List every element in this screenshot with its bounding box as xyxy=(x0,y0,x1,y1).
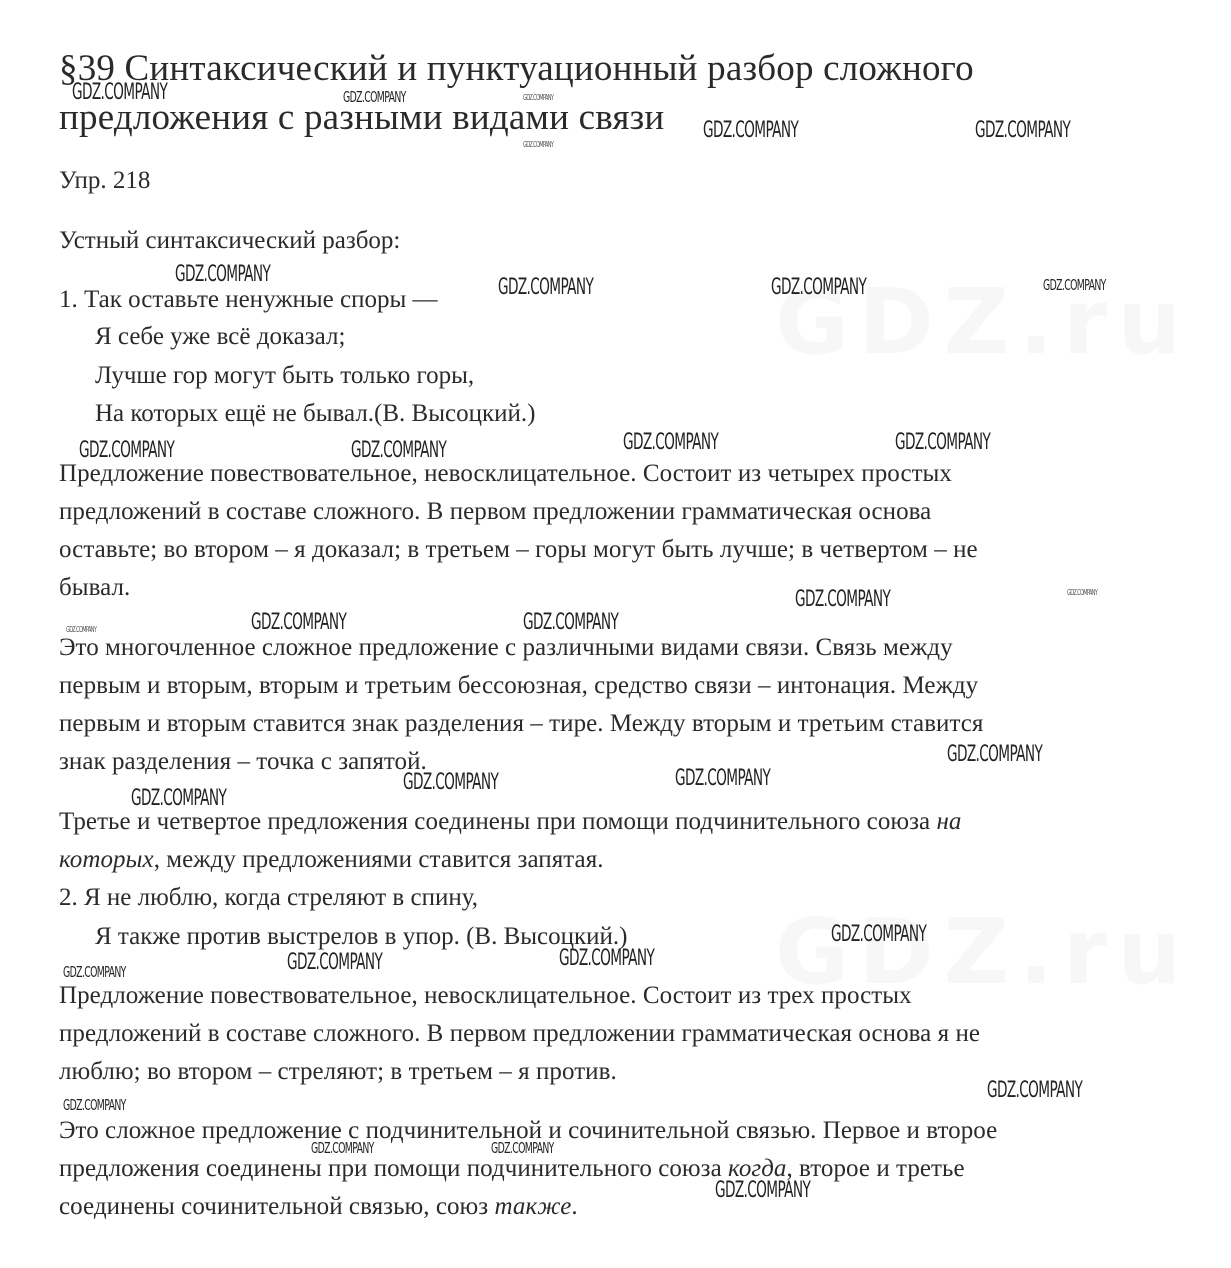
paragraph-line: бывал. xyxy=(59,573,130,603)
poem-line: На которых ещё не бывал.(В. Высоцкий.) xyxy=(95,399,535,429)
watermark-text: GDZ.COMPANY xyxy=(675,766,770,791)
paragraph-line: первым и вторым ставится знак разделения… xyxy=(59,709,983,739)
poem-line: 1. Так оставьте ненужные споры — xyxy=(59,285,438,315)
watermark-text: GDZ.COMPANY xyxy=(287,950,382,975)
watermark-text: GDZ.COMPANY xyxy=(79,438,174,463)
text-run: . xyxy=(571,1193,577,1220)
watermark-text: GDZ.COMPANY xyxy=(175,262,270,287)
text-run: , второе и третье xyxy=(786,1155,964,1182)
watermark-text: GDZ.COMPANY xyxy=(63,963,126,981)
paragraph-line: Предложение повествовательное, невосклиц… xyxy=(59,459,952,489)
watermark-text: GDZ.COMPANY xyxy=(559,946,654,971)
paragraph-line: которых, между предложениями ставится за… xyxy=(59,845,604,875)
watermark-text: GDZ.COMPANY xyxy=(523,610,618,635)
watermark-text: GDZ.COMPANY xyxy=(72,80,167,105)
watermark-text: GDZ.COMPANY xyxy=(131,786,226,811)
watermark-text: GDZ.COMPANY xyxy=(498,275,593,300)
watermark-text: GDZ.COMPANY xyxy=(403,770,498,795)
watermark-text: GDZ.COMPANY xyxy=(66,625,96,634)
text-run: соединены сочинительной связью, союз xyxy=(59,1193,495,1220)
poem-line: Лучше гор могут быть только горы, xyxy=(95,361,474,391)
paragraph-line: люблю; во втором – стреляют; в третьем –… xyxy=(59,1057,617,1087)
watermark-text: GDZ.COMPANY xyxy=(715,1178,810,1203)
watermark-text: GDZ.COMPANY xyxy=(975,118,1070,143)
paragraph-line: Третье и четвертое предложения соединены… xyxy=(59,807,961,837)
watermark-text: GDZ.COMPANY xyxy=(1043,276,1106,294)
conjunction-italic: также xyxy=(495,1193,572,1220)
title-line-1: §39 Синтаксический и пунктуационный разб… xyxy=(59,44,1209,93)
watermark-text: GDZ.COMPANY xyxy=(1067,588,1097,597)
poem-line: 2. Я не люблю, когда стреляют в спину, xyxy=(59,883,478,913)
paragraph-line: оставьте; во втором – я доказал; в треть… xyxy=(59,535,978,565)
watermark-text: GDZ.COMPANY xyxy=(491,1139,554,1157)
text-run: предложения соединены при помощи подчини… xyxy=(59,1155,728,1182)
watermark-text: GDZ.COMPANY xyxy=(523,140,553,149)
watermark-text: GDZ.COMPANY xyxy=(623,430,718,455)
paragraph-line: Это многочленное сложное предложение с р… xyxy=(59,633,953,663)
watermark-text: GDZ.COMPANY xyxy=(523,93,553,102)
watermark-text: GDZ.COMPANY xyxy=(703,118,798,143)
paragraph-line: Предложение повествовательное, невосклиц… xyxy=(59,981,912,1011)
conjunction-italic: на xyxy=(936,808,961,835)
paragraph-line: предложений в составе сложного. В первом… xyxy=(59,497,931,527)
watermark-text: GDZ.COMPANY xyxy=(831,922,926,947)
exercise-number: Упр. 218 xyxy=(59,166,150,196)
watermark-text: GDZ.COMPANY xyxy=(351,438,446,463)
paragraph-line: соединены сочинительной связью, союз так… xyxy=(59,1192,578,1222)
section-subtitle: Устный синтаксический разбор: xyxy=(59,226,400,256)
paragraph-line: предложения соединены при помощи подчини… xyxy=(59,1154,965,1184)
watermark-text: GDZ.COMPANY xyxy=(947,742,1042,767)
text-run: , между предложениями ставится запятая. xyxy=(154,846,604,873)
paragraph-line: знак разделения – точка с запятой. xyxy=(59,747,427,777)
document-page: GDZ.ru GDZ.ru §39 Синтаксический и пункт… xyxy=(0,0,1231,1268)
watermark-text: GDZ.COMPANY xyxy=(251,610,346,635)
paragraph-line: предложений в составе сложного. В первом… xyxy=(59,1019,980,1049)
text-run: Третье и четвертое предложения соединены… xyxy=(59,808,936,835)
watermark-text: GDZ.COMPANY xyxy=(987,1078,1082,1103)
watermark-text: GDZ.COMPANY xyxy=(311,1139,374,1157)
watermark-text: GDZ.COMPANY xyxy=(63,1096,126,1114)
poem-line: Я также против выстрелов в упор. (В. Выс… xyxy=(95,922,628,952)
watermark-text: GDZ.COMPANY xyxy=(771,275,866,300)
watermark-text: GDZ.COMPANY xyxy=(343,88,406,106)
conjunction-italic: которых xyxy=(59,846,154,873)
watermark-text: GDZ.COMPANY xyxy=(895,430,990,455)
paragraph-line: первым и вторым, вторым и третьим бессою… xyxy=(59,671,978,701)
watermark-text: GDZ.COMPANY xyxy=(795,587,890,612)
poem-line: Я себе уже всё доказал; xyxy=(95,322,345,352)
